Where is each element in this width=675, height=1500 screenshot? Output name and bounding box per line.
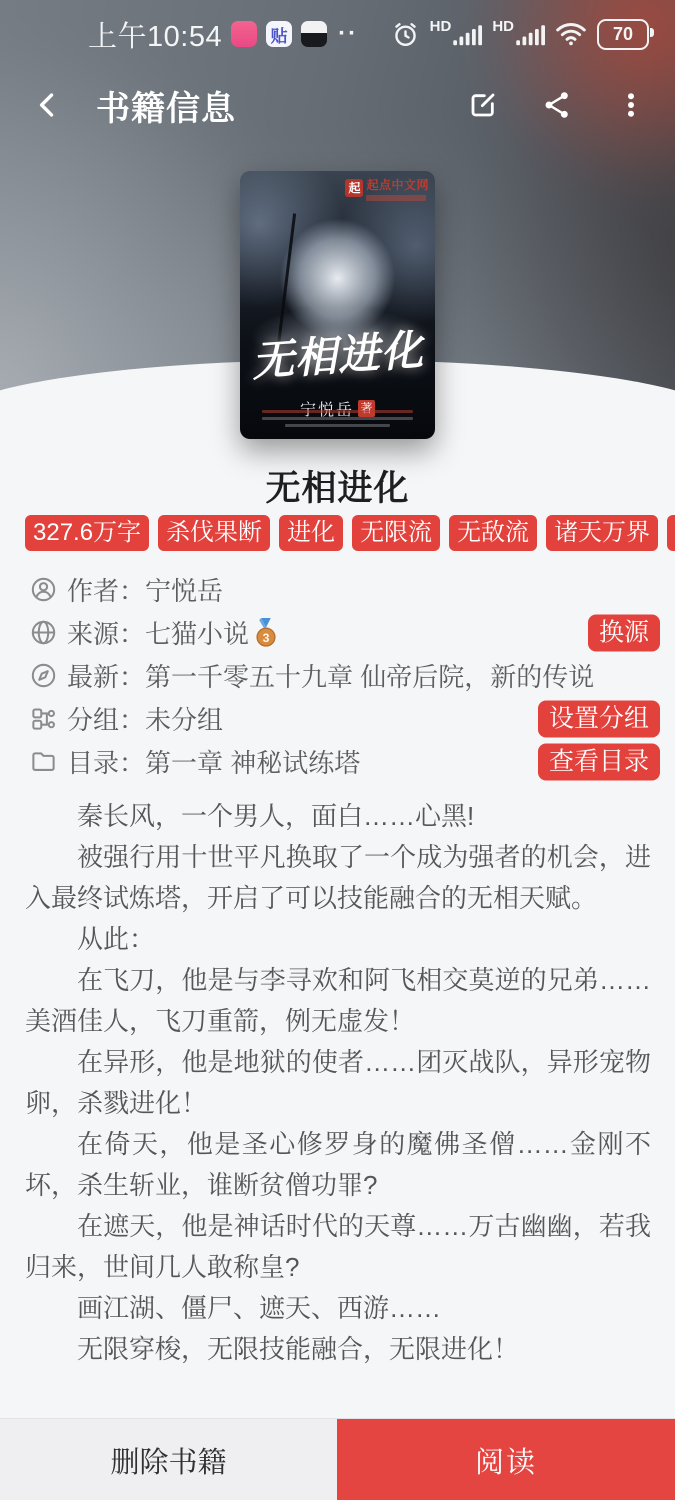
bottom-action-bar: 删除书籍 阅读 — [0, 1418, 675, 1500]
info-section: 作者： 宁悦岳 来源： 七猫小说 3 换源 — [0, 568, 675, 783]
status-bar: 上午10:54 贴 ·· HD — [0, 12, 675, 56]
description-paragraph: 被强行用十世平凡换取了一个成为强者的机会，进入最终试炼塔，开启了可以技能融合的无… — [25, 837, 651, 919]
catalog-row: 目录： 第一章 神秘试练塔 查看目录 — [0, 740, 675, 783]
site-name: 起点中文网 — [366, 179, 429, 192]
globe-icon — [30, 619, 57, 646]
tag-pill[interactable]: 无限流 — [352, 515, 440, 551]
cover-site-logo: 起 起点中文网 — [345, 179, 429, 201]
signal-hd-icon-1: HD — [430, 20, 483, 48]
signal-hd-icon-2: HD — [492, 20, 545, 48]
tag-pill[interactable]: 逆袭 — [667, 515, 675, 551]
description-paragraph: 在飞刀，他是与李寻欢和阿飞相交莫逆的兄弟……美酒佳人，飞刀重箭，例无虚发！ — [25, 960, 651, 1042]
set-group-button[interactable]: 设置分组 — [538, 700, 660, 737]
latest-chapter-row: 最新： 第一千零五十九章 仙帝后院，新的传说 — [0, 654, 675, 697]
tag-pill[interactable]: 无敌流 — [449, 515, 537, 551]
wifi-icon — [555, 20, 587, 48]
tag-pill[interactable]: 杀伐果断 — [158, 515, 270, 551]
book-title: 无相进化 — [0, 461, 675, 511]
share-icon[interactable] — [537, 85, 577, 125]
site-badge: 起 — [345, 179, 363, 197]
compass-icon — [30, 662, 57, 689]
change-source-button[interactable]: 换源 — [588, 614, 660, 651]
edit-icon[interactable] — [463, 85, 503, 125]
book-cover[interactable]: 起 起点中文网 无相进化 宁悦岳 著 — [240, 171, 435, 439]
bronze-medal-icon: 3 — [255, 618, 277, 648]
svg-text:3: 3 — [263, 630, 270, 644]
description-paragraph: 从此： — [25, 919, 651, 960]
clock-time: 上午10:54 — [88, 14, 222, 55]
user-icon — [30, 576, 57, 603]
description-paragraph: 无限穿梭，无限技能融合，无限进化！ — [25, 1329, 651, 1370]
notification-app-icon-2: 贴 — [266, 21, 292, 47]
battery-level: 70 — [613, 24, 633, 45]
site-subtext-bar — [366, 195, 426, 201]
group-row: 分组： 未分组 设置分组 — [0, 697, 675, 740]
book-info-screen: 上午10:54 贴 ·· HD — [0, 0, 675, 1500]
cover-fineprint — [262, 406, 413, 427]
notification-app-icon-3 — [301, 21, 327, 47]
tag-pill[interactable]: 327.6万字 — [25, 515, 149, 551]
book-description: 秦长风，一个男人，面白……心黑!被强行用十世平凡换取了一个成为强者的机会，进入最… — [25, 796, 651, 1370]
description-paragraph: 在异形，他是地狱的使者……团灭战队，异形宠物卵，杀戮进化！ — [25, 1042, 651, 1124]
description-paragraph: 画江湖、僵尸、遮天、西游…… — [25, 1288, 651, 1329]
folder-icon — [30, 748, 57, 775]
battery-icon: 70 — [597, 19, 649, 50]
back-icon[interactable] — [28, 85, 68, 125]
notification-app-icon-1 — [231, 21, 257, 47]
more-menu-icon[interactable] — [611, 85, 651, 125]
author-row: 作者： 宁悦岳 — [0, 568, 675, 611]
tag-pill[interactable]: 进化 — [279, 515, 343, 551]
page-title: 书籍信息 — [96, 81, 236, 130]
more-notifications-indicator: ·· — [338, 20, 358, 48]
delete-book-button[interactable]: 删除书籍 — [0, 1419, 337, 1500]
view-catalog-button[interactable]: 查看目录 — [538, 743, 660, 780]
source-row: 来源： 七猫小说 3 换源 — [0, 611, 675, 654]
tag-pill[interactable]: 诸天万界 — [546, 515, 658, 551]
description-paragraph: 秦长风，一个男人，面白……心黑! — [25, 796, 651, 837]
description-paragraph: 在倚天，他是圣心修罗身的魔佛圣僧……金刚不坏，杀生斩业，谁断贫僧功罪? — [25, 1124, 651, 1206]
read-button[interactable]: 阅读 — [337, 1419, 675, 1500]
description-paragraph: 在遮天，他是神话时代的天尊……万古幽幽，若我归来，世间几人敢称皇? — [25, 1206, 651, 1288]
group-icon — [30, 705, 57, 732]
app-bar: 书籍信息 — [0, 70, 675, 140]
tag-list: 327.6万字杀伐果断进化无限流无敌流诸天万界逆袭多女主 — [25, 515, 675, 555]
alarm-icon — [391, 20, 420, 49]
